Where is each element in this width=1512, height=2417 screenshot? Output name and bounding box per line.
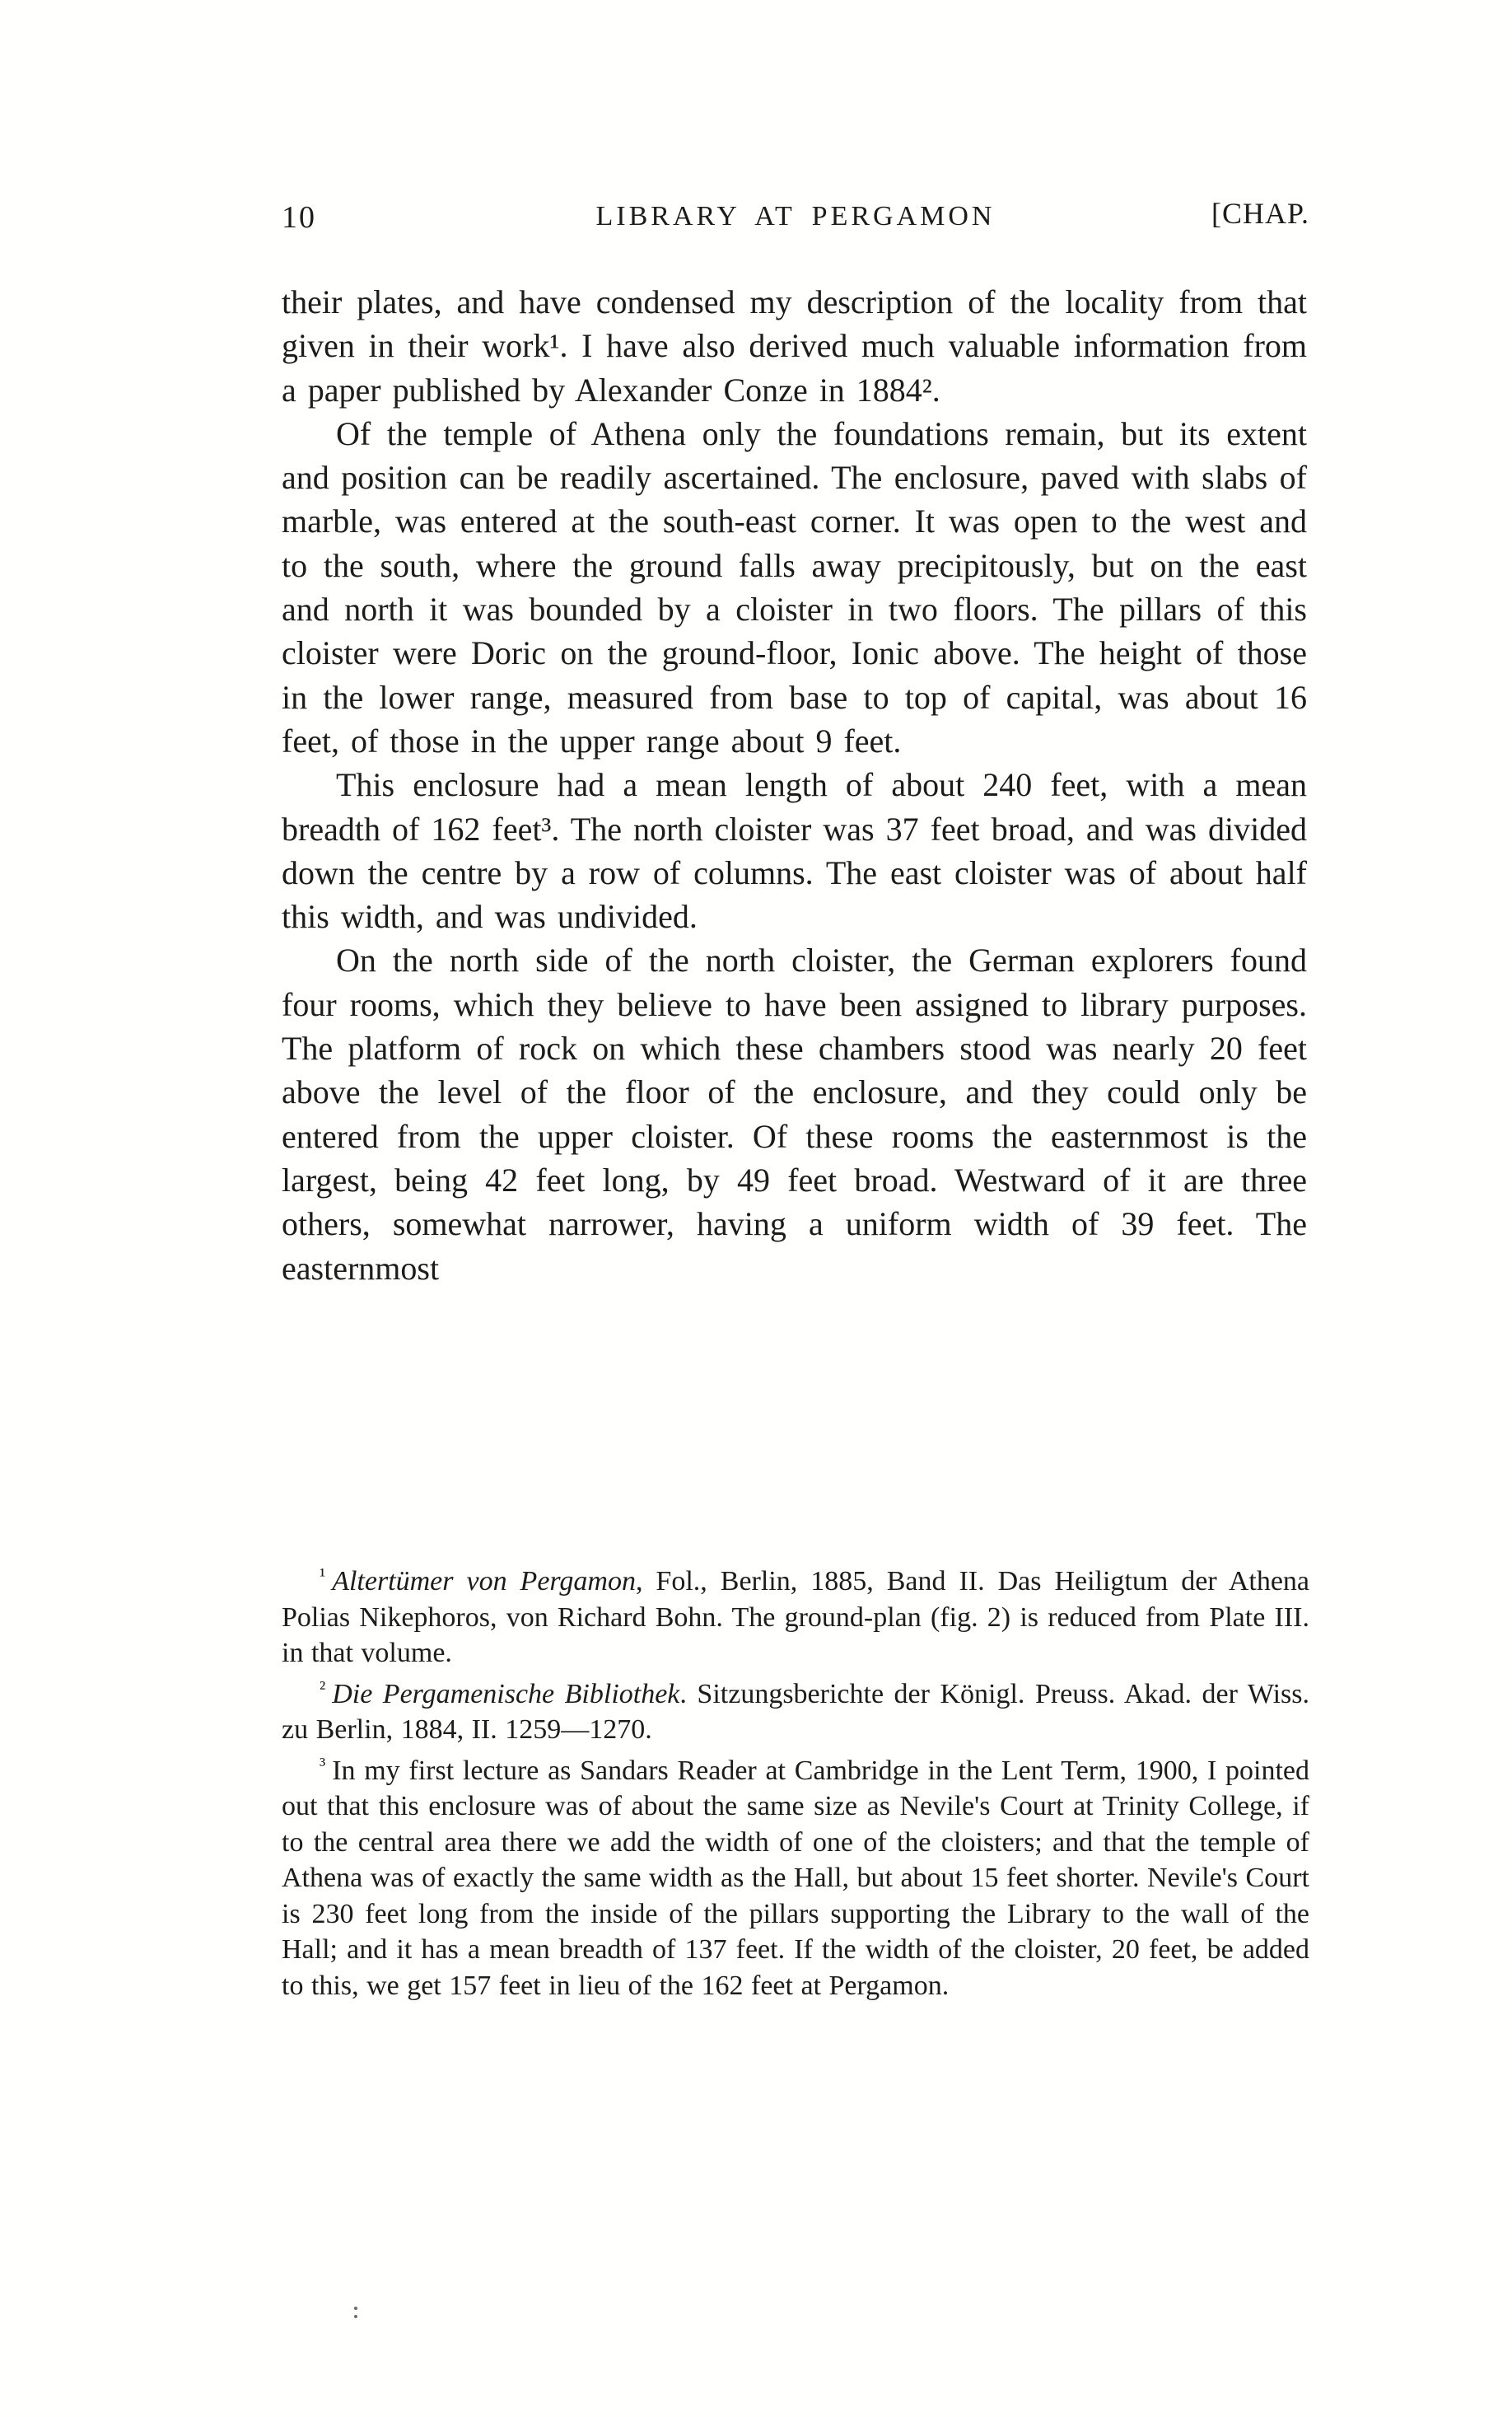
- paragraph-continuation: their plates, and have condensed my desc…: [282, 280, 1307, 412]
- book-page: 10 LIBRARY AT PERGAMON [CHAP. their plat…: [0, 0, 1512, 2417]
- footnotes-section: ¹Altertümer von Pergamon, Fol., Berlin, …: [282, 1559, 1309, 2003]
- footnote-text: In my first lecture as Sandars Reader at…: [282, 1755, 1309, 2001]
- footnote: ¹Altertümer von Pergamon, Fol., Berlin, …: [282, 1559, 1309, 1671]
- footnote-marker: ¹: [320, 1565, 332, 1587]
- footnote: ²Die Pergamenische Bibliothek. Sitzungsb…: [282, 1671, 1309, 1748]
- footnote-book-title: Die Pergamenische Bibliothek: [332, 1679, 679, 1709]
- paragraph: This enclosure had a mean length of abou…: [282, 763, 1307, 938]
- footnote-marker: ²: [320, 1678, 332, 1699]
- body-text: their plates, and have condensed my desc…: [282, 280, 1307, 1290]
- footnote-marker: ³: [320, 1755, 332, 1776]
- running-title: LIBRARY AT PERGAMON: [282, 201, 1309, 232]
- footnote-book-title: Altertümer von Pergamon: [332, 1566, 636, 1597]
- paragraph: On the north side of the north cloister,…: [282, 938, 1307, 1289]
- scan-artifact: [354, 2307, 357, 2310]
- footnote: ³In my first lecture as Sandars Reader a…: [282, 1748, 1309, 2004]
- page-header: 10 LIBRARY AT PERGAMON [CHAP.: [282, 196, 1309, 236]
- chapter-marker: [CHAP.: [1211, 196, 1309, 231]
- paragraph: Of the temple of Athena only the foundat…: [282, 412, 1307, 763]
